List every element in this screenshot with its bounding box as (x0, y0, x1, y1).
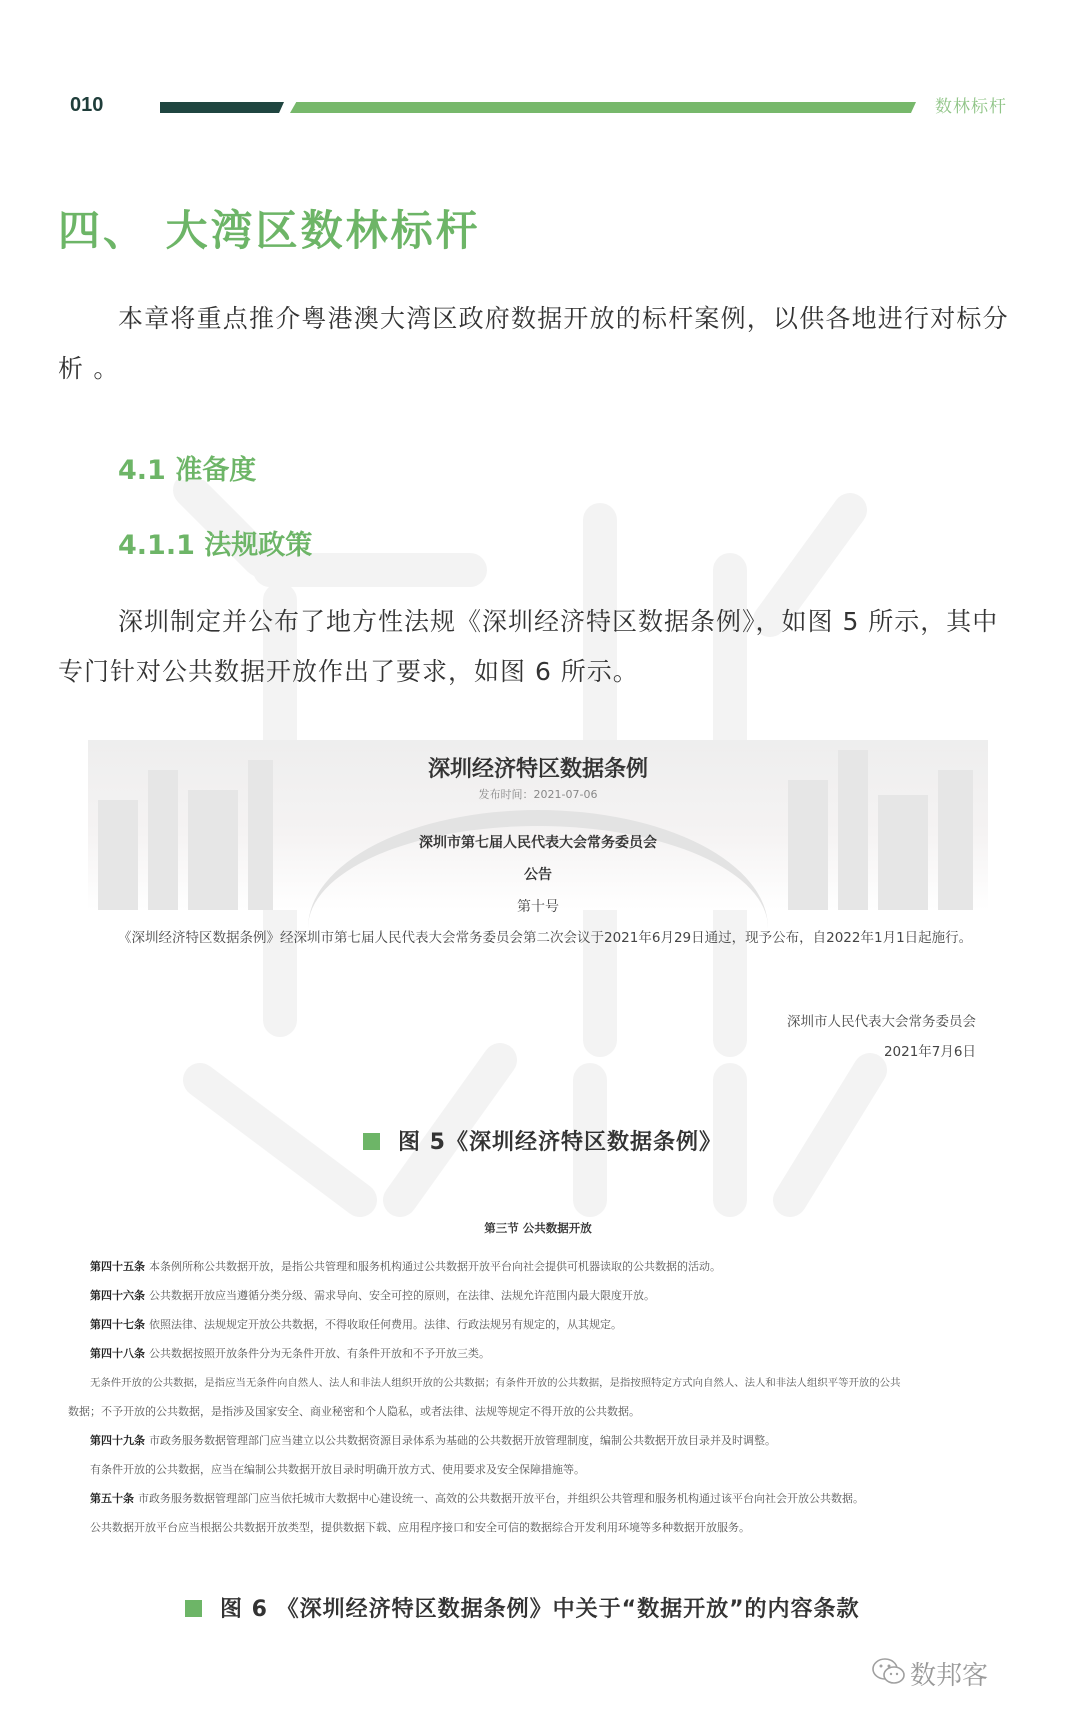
body-paragraph: 深圳制定并公布了地方性法规《深圳经济特区数据条例》，如图 5 所示，其中专门针对… (58, 597, 1018, 697)
figure-5-caption: 图 5《深圳经济特区数据条例》 (363, 1125, 722, 1156)
article-row: 数据；不予开放的公共数据，是指涉及国家安全、商业秘密和个人隐私，或者法律、法规等… (68, 1403, 640, 1419)
header-bar-dark (160, 102, 284, 113)
article-row: 第四十五条本条例所称公共数据开放，是指公共管理和服务机构通过公共数据开放平台向社… (90, 1258, 721, 1274)
chapter-intro: 本章将重点推介粤港澳大湾区政府数据开放的标杆案例，以供各地进行对标分析 。 (58, 294, 1018, 394)
article-row: 第四十九条市政务服务数据管理部门应当建立以公共数据资源目录体系为基础的公共数据开… (90, 1432, 776, 1448)
law-title: 深圳经济特区数据条例 (88, 752, 988, 783)
section-heading: 4.1 准备度 (118, 448, 256, 487)
brand-watermark: 数邦客 (910, 1655, 988, 1692)
subsection-heading: 4.1.1 法规政策 (118, 523, 312, 562)
wechat-icon (870, 1656, 908, 1688)
notice-signature: 深圳市人民代表大会常务委员会 (787, 1010, 976, 1030)
header-section-tag: 数林标杆 (935, 92, 1007, 117)
chapter-title: 四、 大湾区数林标杆 (58, 198, 481, 258)
issuing-organization: 深圳市第七届人民代表大会常务委员会 (88, 832, 988, 852)
article-row: 第四十八条公共数据按照开放条件分为无条件开放、有条件开放和不予开放三类。 (90, 1345, 490, 1361)
figure-5-caption-text: 图 5《深圳经济特区数据条例》 (398, 1130, 722, 1155)
caption-square-icon (363, 1133, 380, 1150)
article-row: 第四十七条依照法律、法规规定开放公共数据，不得收取任何费用。法律、行政法规另有规… (90, 1316, 622, 1332)
publish-date: 发布时间：2021-07-06 (88, 786, 988, 802)
notice-sign-date: 2021年7月6日 (884, 1040, 976, 1060)
notice-label: 公告 (88, 864, 988, 884)
article-row: 有条件开放的公共数据，应当在编制公共数据开放目录时明确开放方式、使用要求及安全保… (90, 1461, 585, 1477)
figure-5-image: 深圳经济特区数据条例 发布时间：2021-07-06 深圳市第七届人民代表大会常… (88, 740, 988, 1070)
article-row: 第五十条市政务服务数据管理部门应当依托城市大数据中心建设统一、高效的公共数据开放… (90, 1490, 864, 1506)
article-row: 公共数据开放平台应当根据公共数据开放类型，提供数据下载、应用程序接口和安全可信的… (90, 1519, 750, 1535)
page-header: 010 数林标杆 (0, 92, 1080, 122)
figure-6-caption: 图 6 《深圳经济特区数据条例》中关于“数据开放”的内容条款 (185, 1592, 860, 1623)
article-row: 第四十六条公共数据开放应当遵循分类分级、需求导向、安全可控的原则，在法律、法规允… (90, 1287, 655, 1303)
article-row: 无条件开放的公共数据，是指应当无条件向自然人、法人和非法人组织开放的公共数据；有… (90, 1374, 900, 1389)
caption-square-icon (185, 1600, 202, 1617)
figure-6-image: 第三节 公共数据开放 第四十五条本条例所称公共数据开放，是指公共管理和服务机构通… (68, 1220, 1008, 1550)
article-section-title: 第三节 公共数据开放 (68, 1220, 1008, 1236)
page-number: 010 (70, 94, 103, 117)
notice-number: 第十号 (88, 896, 988, 916)
notice-body: 《深圳经济特区数据条例》经深圳市第七届人民代表大会常务委员会第二次会议于2021… (88, 926, 988, 950)
header-bar-green (290, 102, 916, 113)
figure-6-caption-text: 图 6 《深圳经济特区数据条例》中关于“数据开放”的内容条款 (220, 1597, 860, 1622)
